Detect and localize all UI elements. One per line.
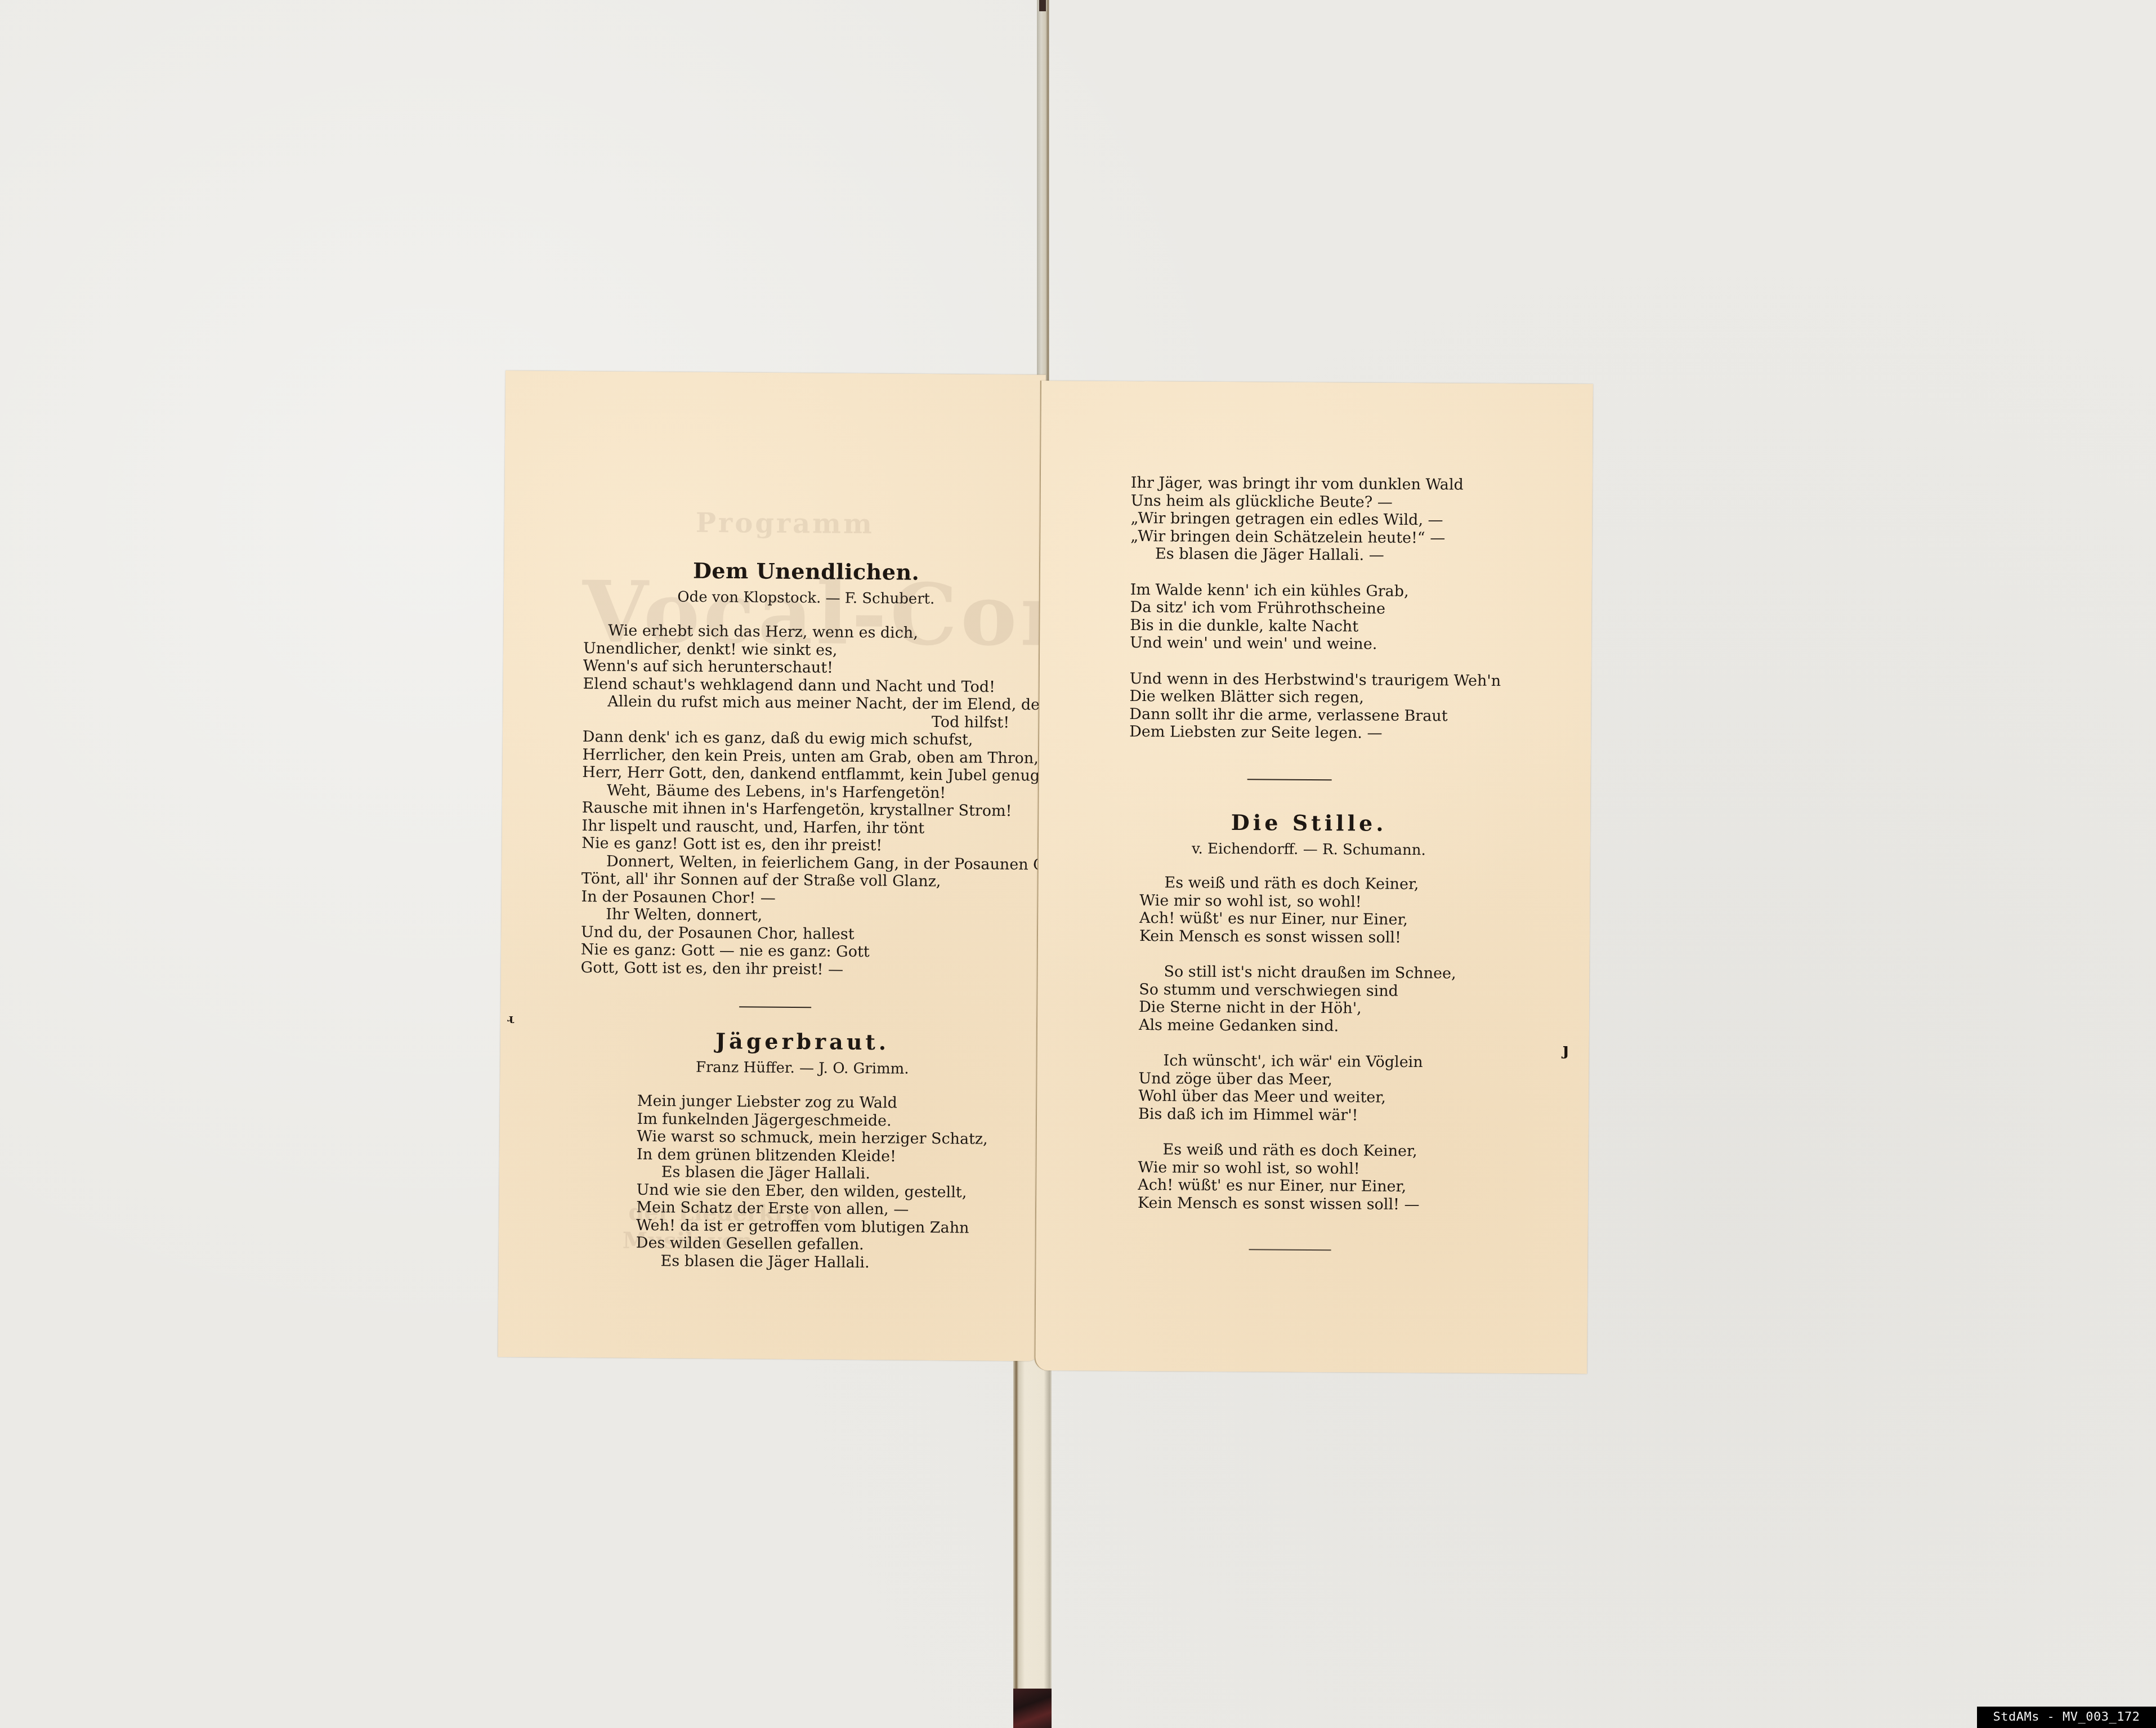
poem-verse: Mein junger Liebster zog zu WaldIm funke…: [578, 1092, 1024, 1272]
edge-ink-mark: ʵ: [507, 1013, 515, 1030]
stanza: Ich wünscht', ich wär' ein VögleinUnd zö…: [1104, 1052, 1510, 1125]
verse-line: Kein Mensch es sonst wissen soll! —: [1138, 1194, 1509, 1214]
verse-line: Ihr Jäger, was bringt ihr vom dunklen Wa…: [1131, 474, 1570, 494]
verse-line: Die Sterne nicht in der Höh',: [1139, 998, 1510, 1019]
show-through-text: Programm: [696, 507, 874, 540]
verse-line: Es blasen die Jäger Hallali.: [637, 1163, 1024, 1184]
verse-line: So stumm und verschwiegen sind: [1139, 981, 1510, 1001]
poem-jaegerbraut-continued: Ihr Jäger, was bringt ihr vom dunklen Wa…: [1129, 474, 1570, 743]
stanza-gap: [1105, 1034, 1510, 1054]
verse-line: Ach! wüßt' es nur Einer, nur Einer,: [1139, 909, 1511, 930]
verse-line: Bis daß ich im Himmel wär'!: [1138, 1105, 1510, 1126]
verse-line: Die welken Blätter sich regen,: [1129, 687, 1568, 708]
verse-line: Des wilden Gesellen gefallen.: [636, 1234, 1023, 1255]
poem-verse: Wie erhebt sich das Herz, wenn es dich,U…: [581, 622, 1028, 980]
verse-line: Wohl über das Meer und weiter,: [1138, 1087, 1510, 1108]
verse-line: Allein du rufst mich aus meiner Nacht, d…: [583, 693, 1027, 714]
verse-line: Uns heim als glückliche Beute? —: [1131, 492, 1570, 512]
verse-line: „Wir bringen getragen ein edles Wild, —: [1130, 510, 1569, 530]
verse-line: Da sitz' ich vom Frührothscheine: [1130, 599, 1569, 619]
section-divider: [1247, 779, 1332, 780]
book-spine-top: [1037, 0, 1049, 383]
verse-line: So still ist's nicht draußen im Schnee,: [1139, 963, 1510, 983]
stanza-gap: [1104, 1123, 1510, 1143]
verse-line: Im Walde kenn' ich ein kühles Grab,: [1130, 581, 1569, 601]
poem-title: Dem Unendlichen.: [584, 557, 1028, 586]
verse-line: „Wir bringen dein Schätzelein heute!“ —: [1130, 527, 1569, 547]
verse-line: Es blasen die Jäger Hallali. —: [1130, 545, 1569, 565]
poem-credit: Franz Hüffer. — J. O. Grimm.: [580, 1058, 1025, 1078]
verse-line: Wie mir so wohl ist, so wohl!: [1138, 1159, 1509, 1179]
verse-line: Es blasen die Jäger Hallali.: [636, 1252, 1023, 1272]
poem-credit: Ode von Klopstock. — F. Schubert.: [584, 588, 1028, 608]
stanza: Im Walde kenn' ich ein kühles Grab,Da si…: [1130, 581, 1569, 654]
verse-line: Es weiß und räth es doch Keiner,: [1139, 874, 1511, 894]
left-page: Programm Vocal-Concert der Liederkranz M…: [498, 370, 1046, 1361]
stanza: Und wenn in des Herbstwind's traurigem W…: [1129, 669, 1569, 743]
verse-line: Mein Schatz der Erste von allen, —: [636, 1199, 1023, 1220]
archive-id-label: StdAMs - MV_003_172: [1977, 1707, 2156, 1728]
verse-line: Dann sollt ihr die arme, verlassene Brau…: [1129, 705, 1568, 725]
end-divider: [1249, 1249, 1331, 1251]
verse-line: Dem Liebsten zur Seite legen. —: [1129, 723, 1568, 743]
poem-die-stille: Die Stille. v. Eichendorff. — R. Schuman…: [1104, 809, 1511, 1214]
poem-credit: v. Eichendorff. — R. Schumann.: [1106, 840, 1511, 859]
verse-line: Ach! wüßt' es nur Einer, nur Einer,: [1138, 1176, 1509, 1196]
poem-title: Die Stille.: [1106, 809, 1511, 837]
stanza: Ihr Jäger, was bringt ihr vom dunklen Wa…: [1130, 474, 1570, 565]
poem-title: Jägerbraut.: [580, 1027, 1025, 1056]
stanza: Es weiß und räth es doch Keiner,Wie mir …: [1104, 1141, 1510, 1214]
poem-jaegerbraut: Jägerbraut. Franz Hüffer. — J. O. Grimm.…: [578, 1027, 1025, 1272]
stanza-gap: [1130, 651, 1569, 672]
stanza-gap: [1106, 945, 1511, 965]
stanza-gap: [1130, 562, 1569, 583]
book-spine-bottom: [1013, 1351, 1052, 1728]
verse-line: Wie warst so schmuck, mein herziger Scha…: [637, 1128, 1024, 1149]
verse-line: Kein Mensch es sonst wissen soll!: [1139, 927, 1511, 948]
edge-ink-mark: ȷ: [1563, 1042, 1569, 1059]
verse-line: Ich wünscht', ich wär' ein Vöglein: [1139, 1052, 1510, 1072]
poem-dem-unendlichen: Dem Unendlichen. Ode von Klopstock. — F.…: [581, 557, 1029, 980]
verse-line: Und wein' und wein' und weine.: [1130, 634, 1569, 654]
verse-line: Es weiß und räth es doch Keiner,: [1138, 1141, 1510, 1161]
verse-line: Bis in die dunkle, kalte Nacht: [1130, 616, 1569, 636]
verse-line: Als meine Gedanken sind.: [1139, 1016, 1510, 1037]
poem-stanzas: Es weiß und räth es doch Keiner,Wie mir …: [1104, 874, 1511, 1214]
verse-line: Und zöge über das Meer,: [1138, 1070, 1510, 1090]
stanza: Es weiß und räth es doch Keiner,Wie mir …: [1106, 874, 1511, 947]
stanza: So still ist's nicht draußen im Schnee,S…: [1105, 963, 1511, 1036]
right-page: Ihr Jäger, was bringt ihr vom dunklen Wa…: [1034, 381, 1593, 1374]
poem-stanzas: Ihr Jäger, was bringt ihr vom dunklen Wa…: [1129, 474, 1570, 743]
verse-line: Und wenn in des Herbstwind's traurigem W…: [1130, 669, 1569, 690]
section-divider: [739, 1006, 811, 1008]
verse-line: Mein junger Liebster zog zu Wald: [637, 1092, 1025, 1113]
verse-line: Wie mir so wohl ist, so wohl!: [1139, 892, 1511, 912]
verse-line: Gott, Gott ist es, den ihr preist! —: [581, 959, 1026, 980]
